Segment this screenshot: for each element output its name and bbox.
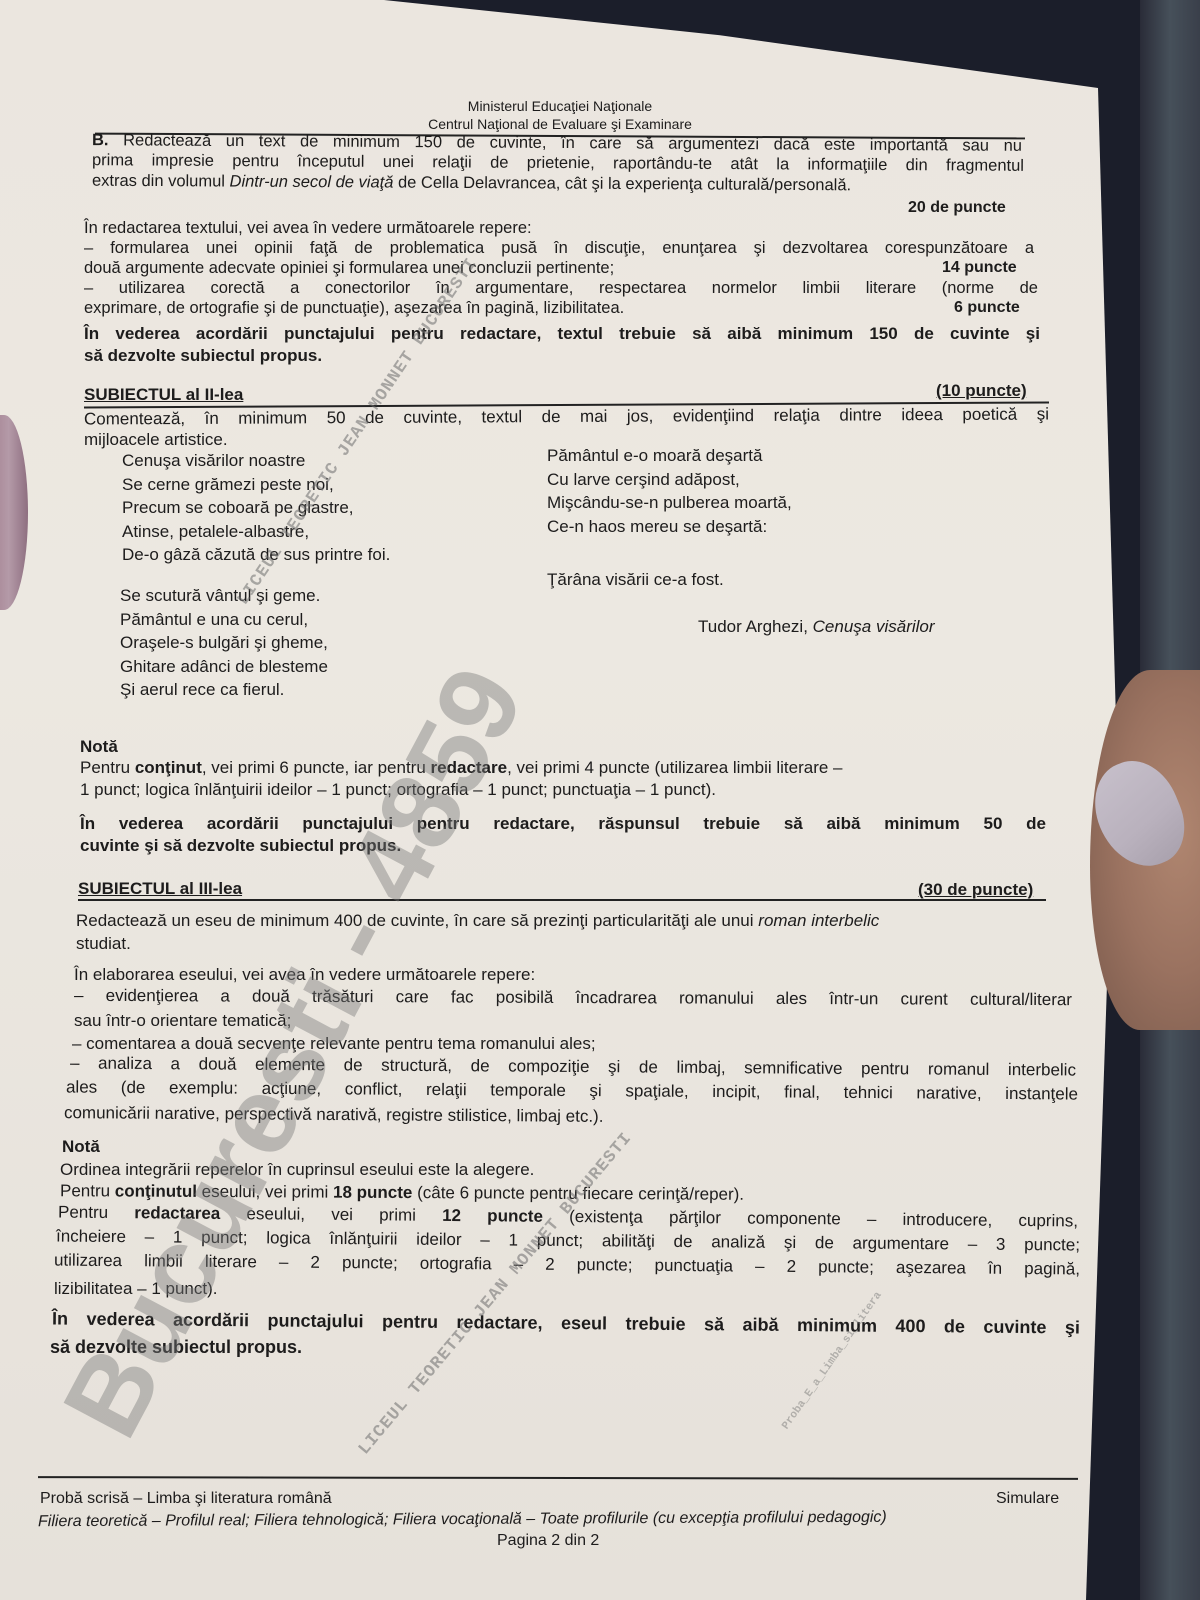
subject-3-guideline-line: sau într-o orientare tematică; xyxy=(74,1011,291,1031)
part-b-guideline-2-points: 6 puncte xyxy=(954,299,1020,317)
note-style-points: 12 puncte xyxy=(442,1206,543,1226)
poem-author: Tudor Arghezi, xyxy=(698,617,813,636)
subject-3-prompt-line-2: studiat. xyxy=(76,934,131,954)
part-b-guideline-1-line-1: – formularea unei opinii faţă de problem… xyxy=(84,238,1034,258)
note-keyword-content: conţinut xyxy=(135,758,202,777)
source-book-title: Dintr-un secol de viaţă xyxy=(230,173,394,192)
subject-2-requirement-line-2: cuvinte şi să dezvolte subiectul propus. xyxy=(80,836,401,856)
subject-3-prompt-text: Redactează un eseu de minimum 400 de cuv… xyxy=(76,911,758,930)
poem-line: Ce-n haos mereu se deşartă: xyxy=(547,517,792,541)
subject-3-prompt-line-1: Redactează un eseu de minimum 400 de cuv… xyxy=(76,911,879,931)
part-b-points: 20 de puncte xyxy=(908,199,1006,217)
poem-line: Oraşele-s bulgări şi gheme, xyxy=(120,633,328,657)
poem-line: Ghitare adânci de blesteme xyxy=(120,657,328,681)
subject-2-note-line-1: Pentru conţinut, vei primi 6 puncte, iar… xyxy=(80,758,843,778)
subject-2-note-line-2: 1 punct; logica înlănţuirii ideilor – 1 … xyxy=(80,780,716,800)
poem-line: Se scutură vântul şi geme. xyxy=(120,586,328,610)
subject-3-prompt-emphasis: roman interbelic xyxy=(758,911,879,930)
subject-3-guideline-line: comunicării narative, perspectivă narati… xyxy=(64,1103,604,1127)
note-text: eseului, vei primi xyxy=(197,1182,333,1202)
part-b-label: B. xyxy=(92,131,109,149)
subject-2-prompt-line-2: mijloacele artistice. xyxy=(84,430,228,450)
note-keyword-redaction: redactare xyxy=(431,758,508,777)
poem-attribution: Tudor Arghezi, Cenuşa visărilor xyxy=(698,617,935,637)
poem-line: Şi aerul rece ca fierul. xyxy=(120,680,328,704)
poem-left-stanza-1: Cenuşa visărilor noastre Se cerne grămez… xyxy=(122,451,390,569)
footer-rule xyxy=(38,1476,1078,1479)
subject-3-guideline-line: ales (de exemplu: acţiune, conflict, rel… xyxy=(66,1077,1078,1104)
poem-right-stanza-1: Pământul e-o moară deşartă Cu larve cerş… xyxy=(547,446,792,540)
note-content-points: 18 puncte xyxy=(333,1183,412,1202)
part-b-prompt-line-3: extras din volumul Dintr-un secol de via… xyxy=(92,171,851,196)
subject-2-note-title: Notă xyxy=(80,737,118,757)
note-text: eseului, vei primi xyxy=(220,1204,442,1225)
subject-3-title: SUBIECTUL al III-lea xyxy=(78,879,242,899)
poem-line: De-o gâză căzută de sus printre foi. xyxy=(122,545,390,569)
part-b-guideline-1-points: 14 puncte xyxy=(942,259,1017,277)
subject-3-note-content: Pentru conţinutul eseului, vei primi 18 … xyxy=(60,1181,744,1205)
subject-3-note-style-line-4: lizibilitatea – 1 punct). xyxy=(54,1279,217,1299)
note-text: (câte 6 puncte pentru fiecare cerinţă/re… xyxy=(412,1183,744,1204)
ministry-name: Ministerul Educaţiei Naţionale xyxy=(0,98,1120,114)
footer-exam-type: Simulare xyxy=(996,1489,1059,1509)
note-text: , vei primi 6 puncte, iar pentru xyxy=(202,758,431,777)
part-b-guidelines-intro: În redactarea textului, vei avea în vede… xyxy=(84,218,532,238)
subject-3-note-title: Notă xyxy=(62,1137,100,1157)
footer-page-number: Pagina 2 din 2 xyxy=(497,1531,599,1551)
subject-2-prompt-line-1: Comentează, în minimum 50 de cuvinte, te… xyxy=(84,404,1049,429)
footer-exam-name: Probă scrisă – Limba şi literatura român… xyxy=(40,1489,332,1509)
note-text: (existenţa părţilor componente – introdu… xyxy=(543,1207,1078,1231)
part-b-requirement-line-1: În vederea acordării punctajului pentru … xyxy=(84,324,1040,344)
footer-profiles: Filiera teoretică – Profilul real; Filie… xyxy=(38,1508,887,1532)
subject-3-guideline-line: – analiza a două elemente de structură, … xyxy=(70,1053,1076,1080)
subject-3-note-order: Ordinea integrării reperelor în cuprinsu… xyxy=(60,1160,534,1180)
note-keyword-content: conţinutul xyxy=(115,1181,197,1200)
poem-line: Atinse, petalele-albastre, xyxy=(122,522,390,546)
exam-page: Ministerul Educaţiei Naţionale Centrul N… xyxy=(0,0,1200,1600)
subject-3-rule xyxy=(78,899,1046,901)
note-text: Pentru xyxy=(58,1203,134,1223)
subject-2-requirement-line-1: În vederea acordării punctajului pentru … xyxy=(80,814,1046,834)
poem-line: Precum se coboară pe glastre, xyxy=(122,498,390,522)
note-keyword-redaction: redactarea xyxy=(134,1203,220,1223)
poem-line: Cu larve cerşind adăpost, xyxy=(547,470,792,494)
poem-left-stanza-2: Se scutură vântul şi geme. Pământul e un… xyxy=(120,586,328,704)
part-b-guideline-2-line-2: exprimare, de ortografie şi de punctuaţi… xyxy=(84,298,624,318)
poem-right-final-line: Ţărâna visării ce-a fost. xyxy=(547,570,724,590)
evaluation-center-name: Centrul Naţional de Evaluare şi Examinar… xyxy=(0,116,1120,132)
note-text: Pentru xyxy=(80,758,135,777)
note-text: , vei primi 4 puncte (utilizarea limbii … xyxy=(507,758,842,777)
subject-3-note-style-line-3: utilizarea limbii literare – 2 puncte; o… xyxy=(54,1251,1080,1280)
subject-3-requirement-line-2: să dezvolte subiectul propus. xyxy=(50,1337,302,1357)
poem-line: Pământul e una cu cerul, xyxy=(120,610,328,634)
subject-3-guidelines-intro: În elaborarea eseului, vei avea în veder… xyxy=(74,965,535,985)
part-b-requirement-line-2: să dezvolte subiectul propus. xyxy=(84,346,322,366)
poem-title: Cenuşa visărilor xyxy=(813,617,935,636)
subject-2-points: (10 puncte) xyxy=(936,381,1027,401)
part-b-prompt-text-3a: extras din volumul xyxy=(92,172,230,191)
part-b-prompt-text-3b: de Cella Delavrancea, cât şi la experien… xyxy=(393,174,851,195)
subject-3-guideline-line: – evidenţierea a două trăsături care fac… xyxy=(74,986,1072,1010)
poem-line: Pământul e-o moară deşartă xyxy=(547,446,792,470)
part-b-guideline-1-line-2: două argumente adecvate opiniei şi formu… xyxy=(84,258,614,278)
poem-line: Mişcându-se-n pulberea moartă, xyxy=(547,493,792,517)
poem-line: Cenuşa visărilor noastre xyxy=(122,451,390,475)
watermark-file-tag: Proba_E_a_Limba_si_litera xyxy=(780,1290,884,1432)
subject-3-guideline-line: – comentarea a două secvenţe relevante p… xyxy=(72,1034,596,1054)
poem-line: Se cerne grămezi peste noi, xyxy=(122,475,390,499)
part-b-guideline-2-line-1: – utilizarea corectă a conectorilor în a… xyxy=(84,278,1038,298)
subject-2-title: SUBIECTUL al II-lea xyxy=(84,385,243,405)
note-text: Pentru xyxy=(60,1181,115,1200)
subject-3-points: (30 de puncte) xyxy=(918,880,1033,900)
subject-3-requirement-line-1: În vederea acordării punctajului pentru … xyxy=(52,1309,1080,1338)
